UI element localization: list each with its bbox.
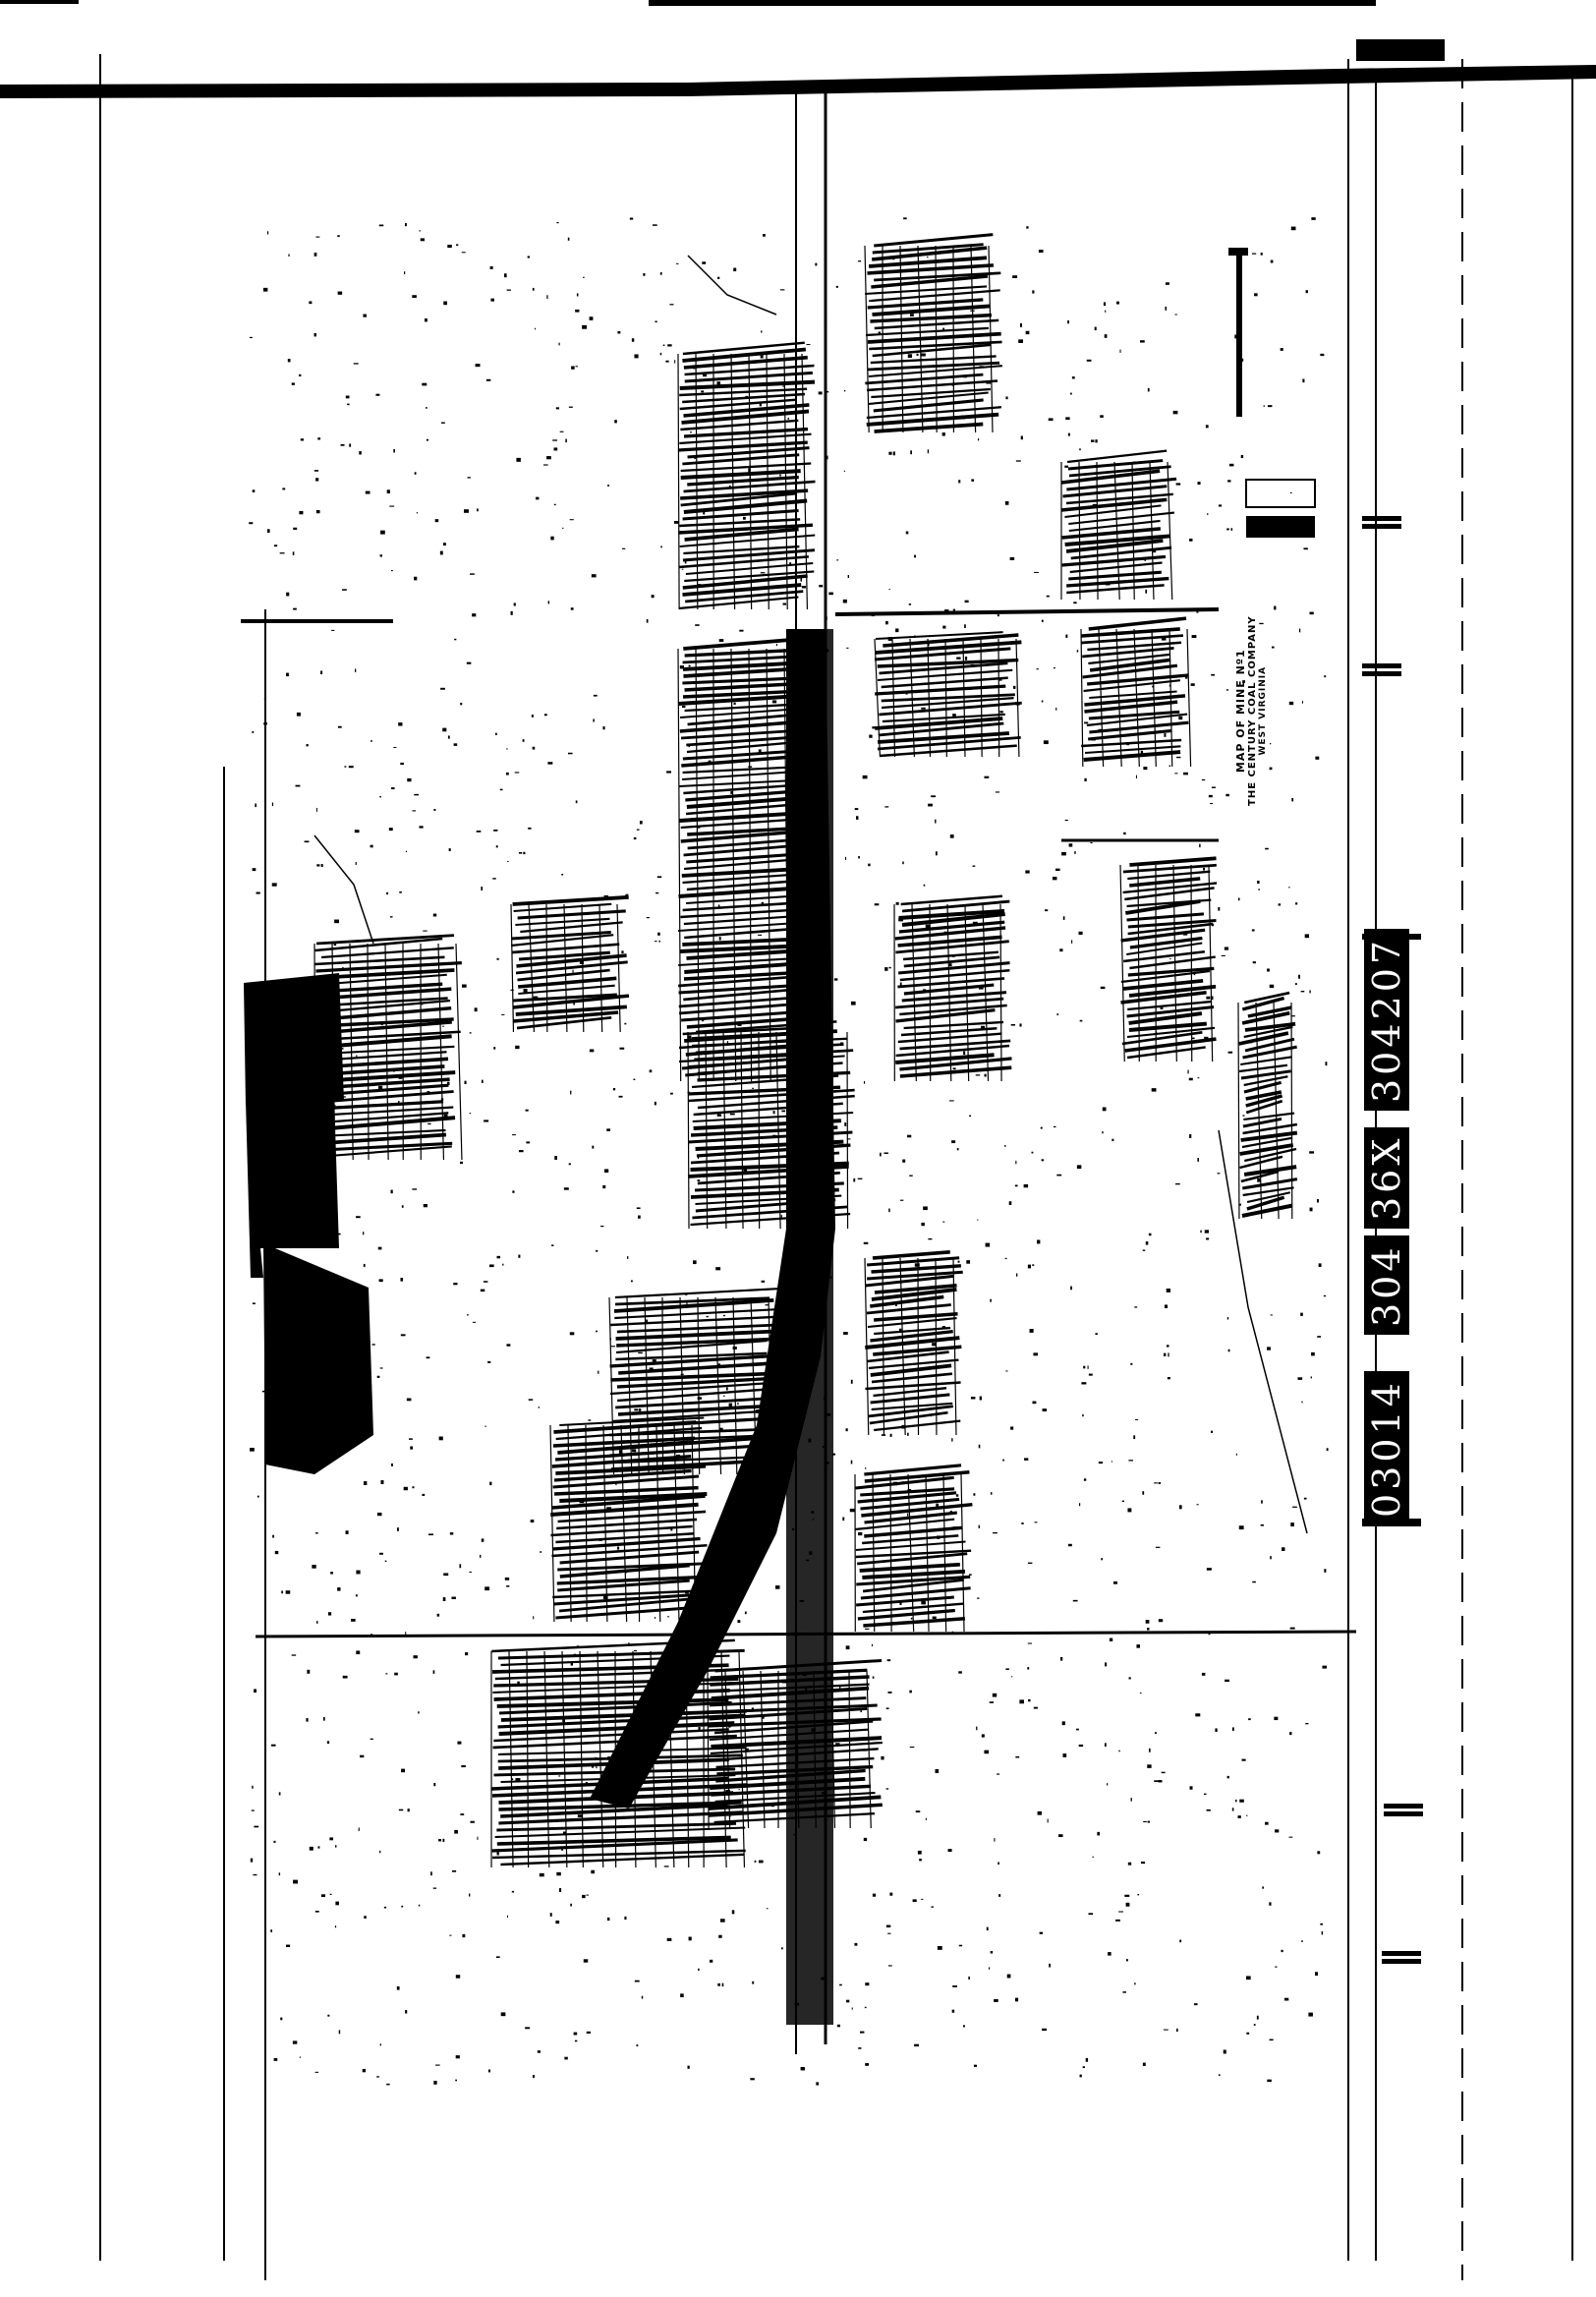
archive-label-304: 304 <box>1364 1235 1409 1335</box>
archive-label-03014: 03014 <box>1364 1371 1409 1525</box>
title-block: MAP OF MINE Nº1 THE CENTURY COAL COMPANY… <box>1234 615 1268 806</box>
archive-label-304207: 304207 <box>1364 929 1409 1111</box>
map-title: MAP OF MINE Nº1 <box>1234 615 1247 806</box>
map-location: WEST VIRGINIA <box>1258 615 1268 806</box>
mine-map-drawing <box>0 0 1596 2297</box>
archive-label-36x: 36X <box>1364 1127 1409 1229</box>
company-name: THE CENTURY COAL COMPANY <box>1247 615 1258 806</box>
